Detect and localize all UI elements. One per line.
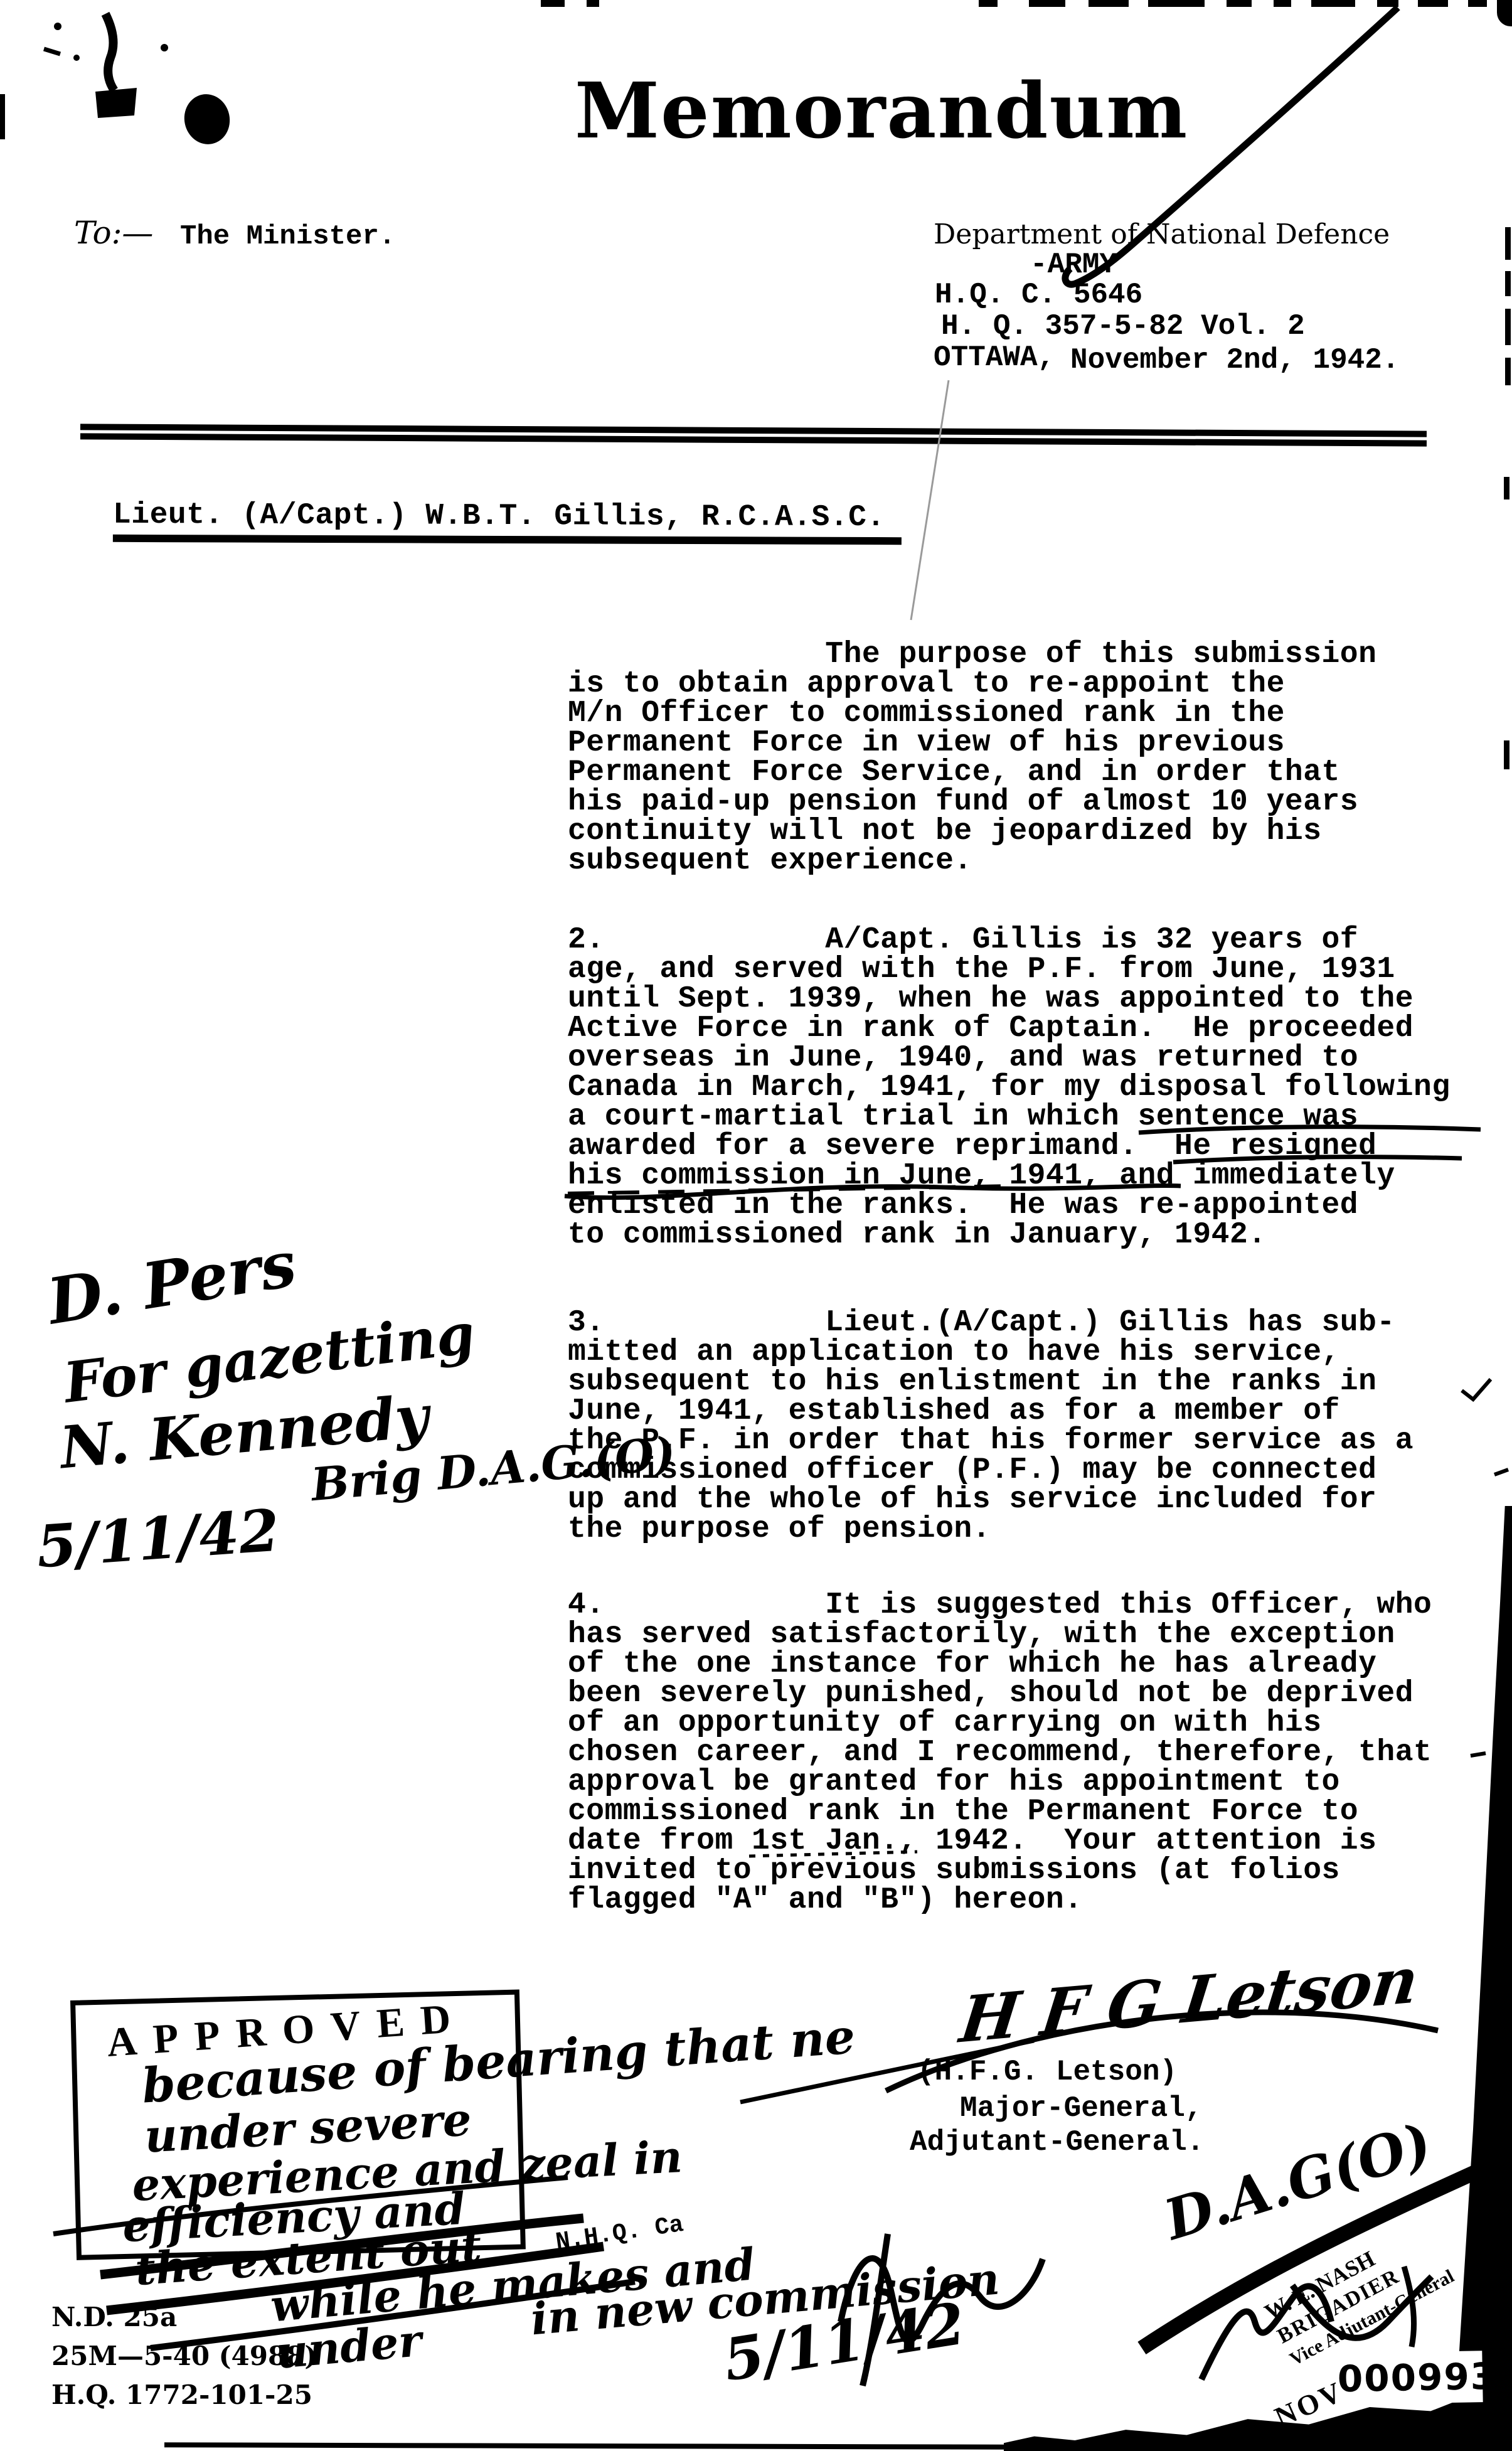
serial-number: 000993	[1337, 2355, 1497, 2400]
serial-number-box: 000993	[1351, 2351, 1483, 2405]
right-edge-artifact	[1505, 309, 1511, 345]
right-edge-artifact	[1504, 477, 1509, 499]
memorandum-page: Memorandum To:— The Minister. Department…	[0, 0, 1512, 2451]
signature-flourish	[841, 2234, 1043, 2386]
handwriting-strikes	[53, 2041, 1034, 2348]
pen-check-stroke	[1065, 8, 1398, 284]
pencil-underlines	[565, 1127, 1481, 1856]
signature-underline-swash	[886, 2012, 1438, 2091]
paper-crease-line	[911, 380, 949, 620]
bottom-right-signature	[1142, 2157, 1508, 2379]
right-edge-artifact	[1505, 227, 1511, 260]
ink-blot	[44, 14, 235, 149]
right-edge-artifact	[1505, 358, 1511, 385]
ink-annotations-overlay	[0, 0, 1512, 2451]
right-edge-artifact	[1504, 740, 1509, 769]
right-edge-artifact	[1505, 271, 1511, 296]
